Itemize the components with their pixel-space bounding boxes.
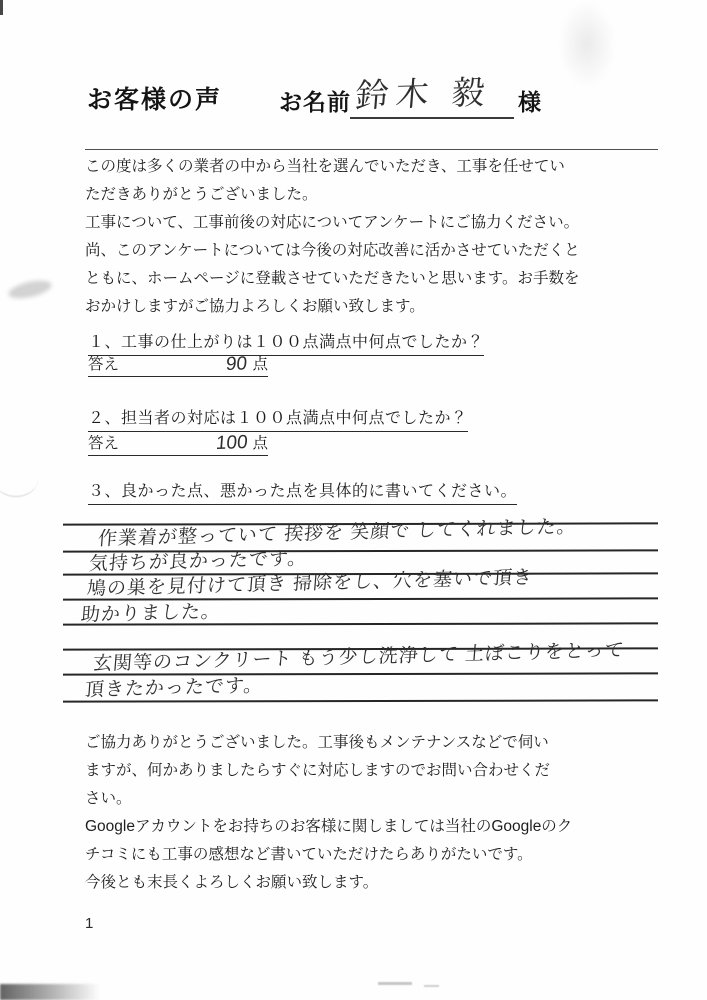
comment-row-5-handwritten: 玄関等のコンクリート もう少し洗浄して 土ぼこりをとって (92, 635, 626, 676)
scan-smudge-left (7, 277, 53, 302)
answer-1-unit: 点 (252, 352, 268, 374)
answer-2-row: 答え 100 点 (88, 431, 268, 456)
page-number: 1 (85, 915, 93, 932)
scan-smudge-top-right (558, 0, 616, 88)
answer-2-value-handwritten: 100 (215, 432, 248, 455)
comment-row-1-handwritten: 作業着が整っていて 挨拶を 笑顔で してくれました。 (97, 511, 578, 551)
closing-paragraph: ご協力ありがとうございました。工事後もメンテナンスなどで伺い ますが、何かありま… (85, 729, 673, 897)
scanned-questionnaire-page: お客様の声 お名前 鈴木 毅 様 この度は多くの業者の中から当社を選んでいただき… (0, 0, 707, 1000)
answer-2-label: 答え (88, 431, 119, 453)
intro-paragraph-1: この度は多くの業者の中から当社を選んでいただき、工事を任せてい ただきありがとう… (85, 153, 673, 209)
scan-arc-left (0, 462, 38, 497)
scan-shadow-bottom-left (0, 984, 100, 1000)
name-underline (350, 117, 514, 119)
honorific-label: 様 (518, 84, 541, 117)
scan-mark-bottom-2 (424, 985, 439, 987)
answer-1-value-handwritten: 90 (225, 353, 248, 376)
scan-corner-mark (0, 0, 3, 15)
answer-1-row: 答え 90 点 (88, 352, 268, 377)
header-divider (85, 149, 658, 150)
scan-mark-bottom-1 (378, 982, 412, 985)
name-label: お名前 (279, 84, 351, 117)
comment-row-6-handwritten: 頂きたかったです。 (84, 670, 265, 702)
comment-row-4-handwritten: 助かりました。 (80, 596, 222, 627)
answer-1-label: 答え (88, 352, 119, 374)
question-3-label: ３、良かった点、悪かった点を具体的に書いてください。 (88, 478, 517, 505)
question-2-label: ２、担当者の対応は１００点満点中何点でしたか？ (88, 405, 468, 432)
intro-paragraph-2: 工事について、工事前後の対応についてアンケートにご協力ください。 尚、このアンケ… (85, 209, 673, 321)
page-title: お客様の声 (87, 80, 222, 116)
customer-name-handwritten: 鈴木 毅 (354, 66, 494, 117)
answer-2-unit: 点 (252, 431, 268, 453)
